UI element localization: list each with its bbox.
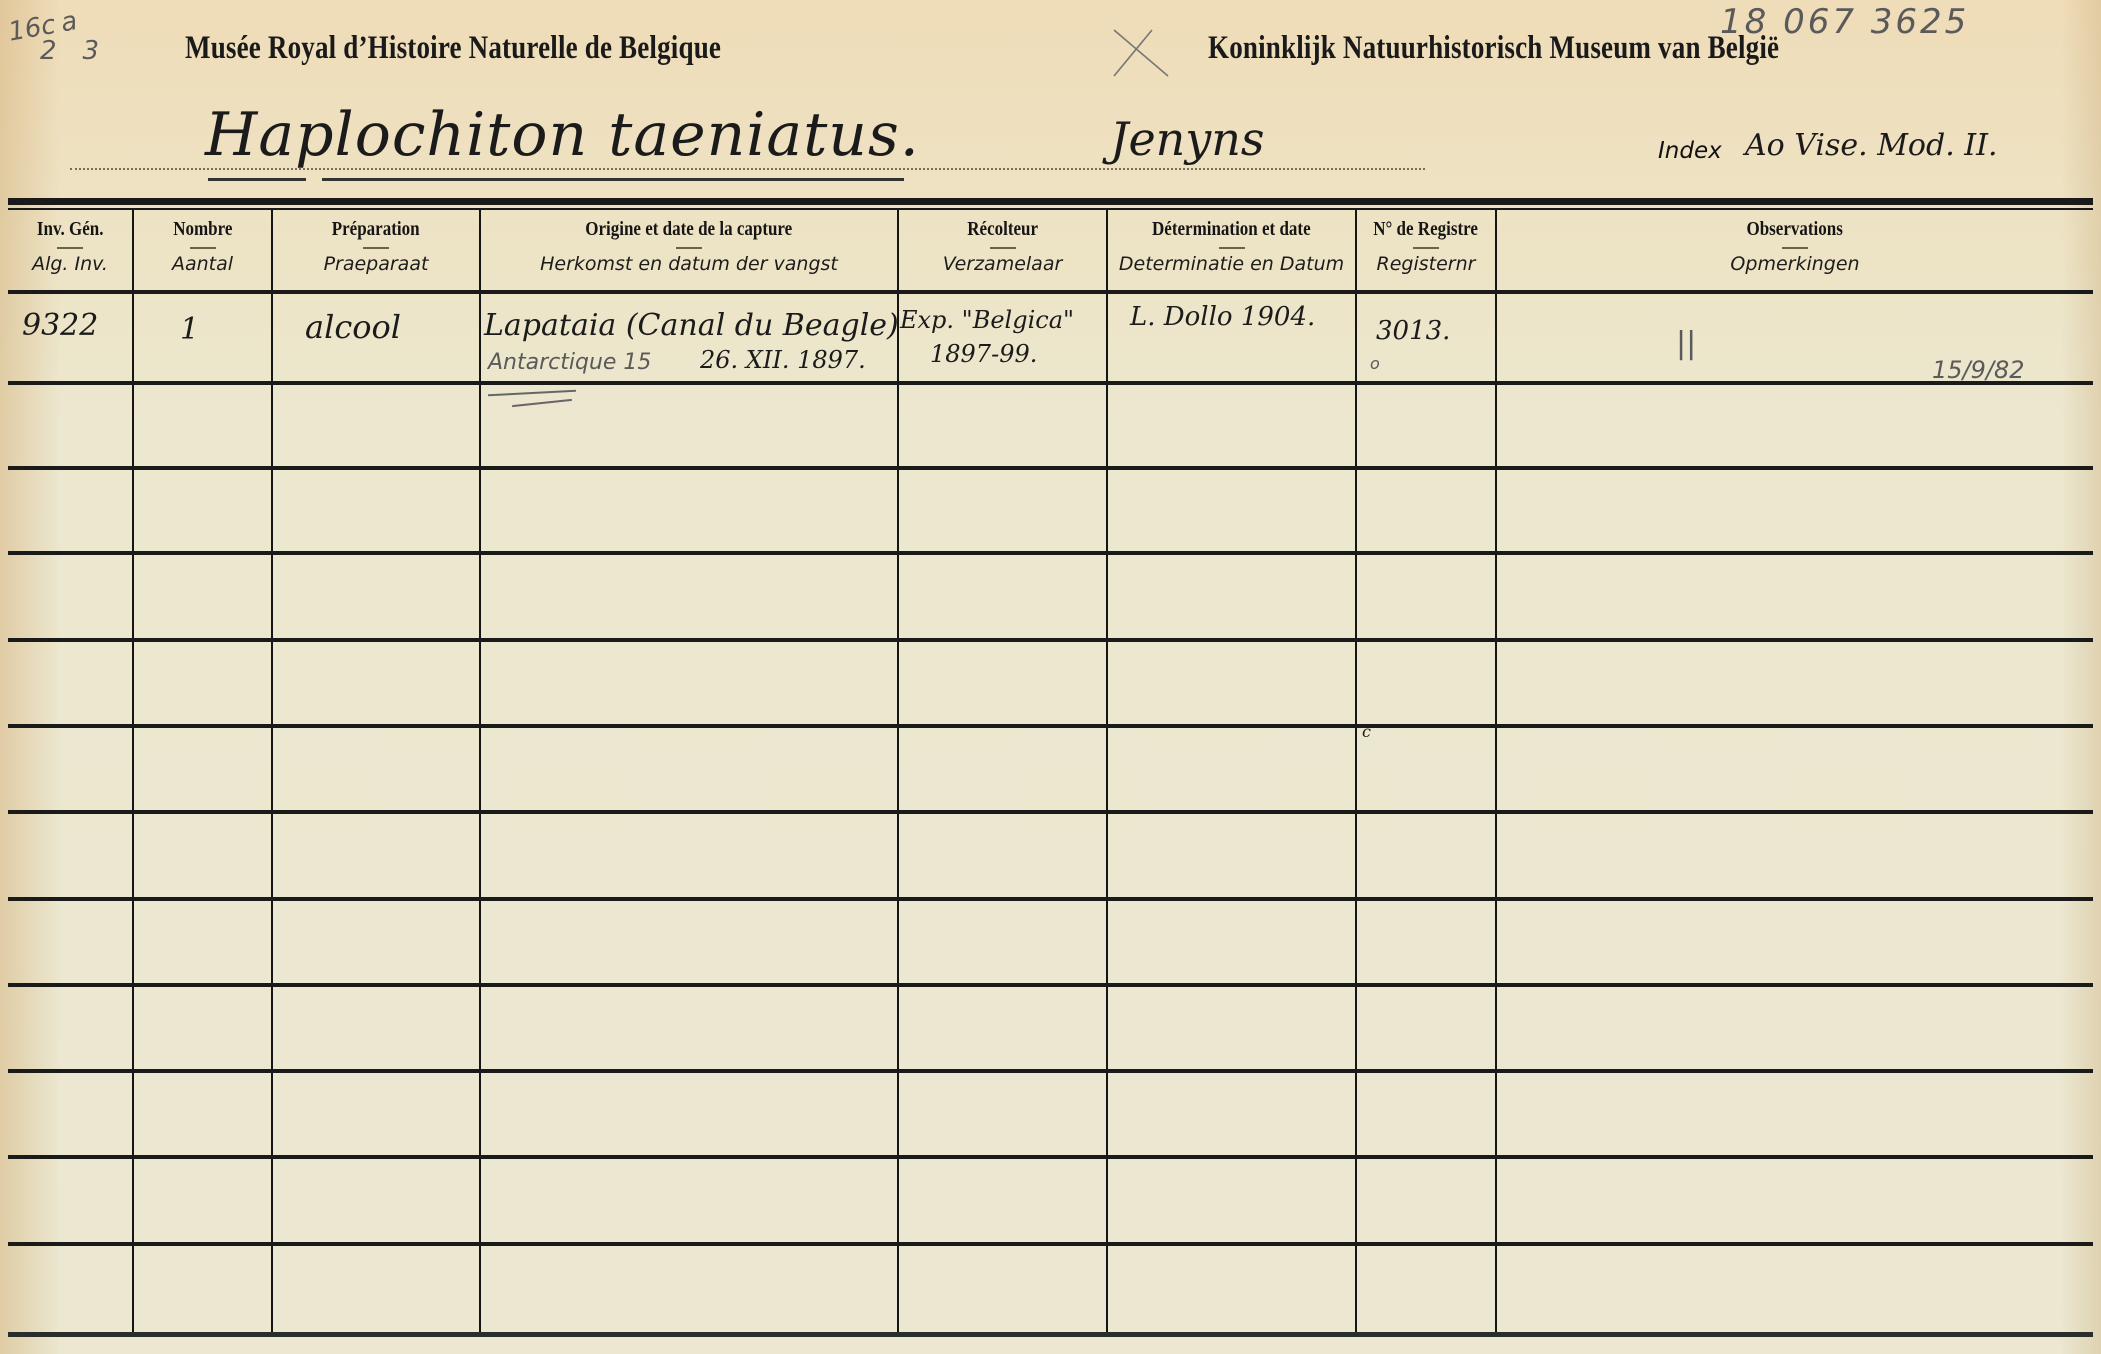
header-label-nl: Aantal <box>172 253 233 275</box>
header-label-fr: N° de Registre <box>1374 218 1479 241</box>
header-dash <box>363 247 389 249</box>
species-underline-2 <box>322 178 904 181</box>
header-dash <box>57 247 83 249</box>
pencil-stroke <box>488 390 576 397</box>
header-top-thin-rule <box>8 208 2093 210</box>
header-label-fr: Détermination et date <box>1152 218 1311 241</box>
header-label-nl: Praeparaat <box>324 253 429 275</box>
row-rule <box>8 1242 2093 1246</box>
cross-mark-icon <box>1110 28 1170 78</box>
cell-observations-date: 15/9/82 <box>1932 356 2025 384</box>
cell-observations-mark: || <box>1676 326 1696 361</box>
header-dash <box>1782 247 1808 249</box>
column-header-origin: Origine et date de la capture Herkomst e… <box>481 214 897 288</box>
column-header-preparation: Préparation Praeparaat <box>273 214 479 288</box>
cell-collector-years: 1897-99. <box>930 340 1037 368</box>
header-label-fr: Inv. Gén. <box>37 218 104 241</box>
catalog-number: 18 067 3625 <box>1720 2 1969 42</box>
row-rule <box>8 551 2093 555</box>
cell-collector-expedition: Exp. "Belgica" <box>900 306 1074 334</box>
row-rule <box>8 724 2093 728</box>
column-divider <box>271 210 273 1334</box>
header-label-fr: Observations <box>1747 218 1843 241</box>
column-header-determination: Détermination et date Determinatie en Da… <box>1108 214 1355 288</box>
header-dash <box>990 247 1016 249</box>
column-divider <box>1355 210 1357 1334</box>
column-header-count: Nombre Aantal <box>134 214 271 288</box>
header-label-nl: Determinatie en Datum <box>1119 253 1344 275</box>
cell-origin-date: 26. XII. 1897. <box>700 346 866 374</box>
cell-register-mark: o <box>1370 354 1380 373</box>
header-label-nl: Verzamelaar <box>943 253 1063 275</box>
header-bottom-rule <box>8 290 2093 294</box>
cell-origin-region: Antarctique 15 <box>488 350 651 375</box>
row-rule <box>8 466 2093 470</box>
column-divider <box>1106 210 1108 1334</box>
row-rule <box>8 381 2093 385</box>
column-divider <box>479 210 481 1334</box>
cell-origin-locality: Lapataia (Canal du Beagle) <box>484 308 899 343</box>
species-author: Jenyns <box>1110 112 1265 166</box>
cell-inventory-number: 9322 <box>22 308 98 343</box>
cell-preparation: alcool <box>305 308 401 346</box>
header-dash <box>1413 247 1439 249</box>
column-divider <box>132 210 134 1334</box>
column-header-inventory: Inv. Gén. Alg. Inv. <box>8 214 132 288</box>
header-dash <box>676 247 702 249</box>
header-top-thick-rule <box>8 198 2093 205</box>
column-header-register: N° de Registre Registernr <box>1357 214 1495 288</box>
cell-count: 1 <box>180 312 199 347</box>
header-dash <box>1219 247 1245 249</box>
header-label-fr: Nombre <box>173 218 232 241</box>
header-dash <box>190 247 216 249</box>
index-label: Index <box>1658 138 1722 164</box>
index-value: Ao Vise. Mod. II. <box>1745 128 1998 163</box>
species-name: Haplochiton taeniatus. <box>205 100 920 170</box>
row-rule <box>8 1069 2093 1073</box>
row-rule <box>8 983 2093 987</box>
institution-name-french: Musée Royal d’Histoire Naturelle de Belg… <box>185 30 721 67</box>
institution-name-dutch: Koninklijk Natuurhistorisch Museum van B… <box>1208 30 1779 67</box>
header-label-nl: Registernr <box>1377 253 1476 275</box>
specimen-record-card: 16ca 23 Musée Royal d’Histoire Naturelle… <box>0 0 2101 1354</box>
cell-register-number: 3013. <box>1376 316 1450 346</box>
stray-mark: c <box>1362 722 1371 741</box>
column-divider <box>897 210 899 1334</box>
column-header-collector: Récolteur Verzamelaar <box>899 214 1106 288</box>
row-rule <box>8 897 2093 901</box>
pencil-stroke <box>512 399 572 407</box>
header-label-fr: Préparation <box>332 218 420 241</box>
corner-pencil-notes: 16ca 23 <box>8 12 99 64</box>
species-underline-1 <box>208 178 306 181</box>
header-label-nl: Opmerkingen <box>1730 253 1859 275</box>
header-label-nl: Alg. Inv. <box>32 253 108 275</box>
row-rule <box>8 1155 2093 1159</box>
header-label-fr: Récolteur <box>967 218 1038 241</box>
header-label-nl: Herkomst en datum der vangst <box>540 253 838 275</box>
header-label-fr: Origine et date de la capture <box>586 218 793 241</box>
row-rule <box>8 638 2093 642</box>
column-header-observations: Observations Opmerkingen <box>1497 214 2093 288</box>
cell-determination: L. Dollo 1904. <box>1130 302 1315 332</box>
table-bottom-rule <box>8 1332 2093 1337</box>
column-divider <box>1495 210 1497 1334</box>
row-rule <box>8 810 2093 814</box>
